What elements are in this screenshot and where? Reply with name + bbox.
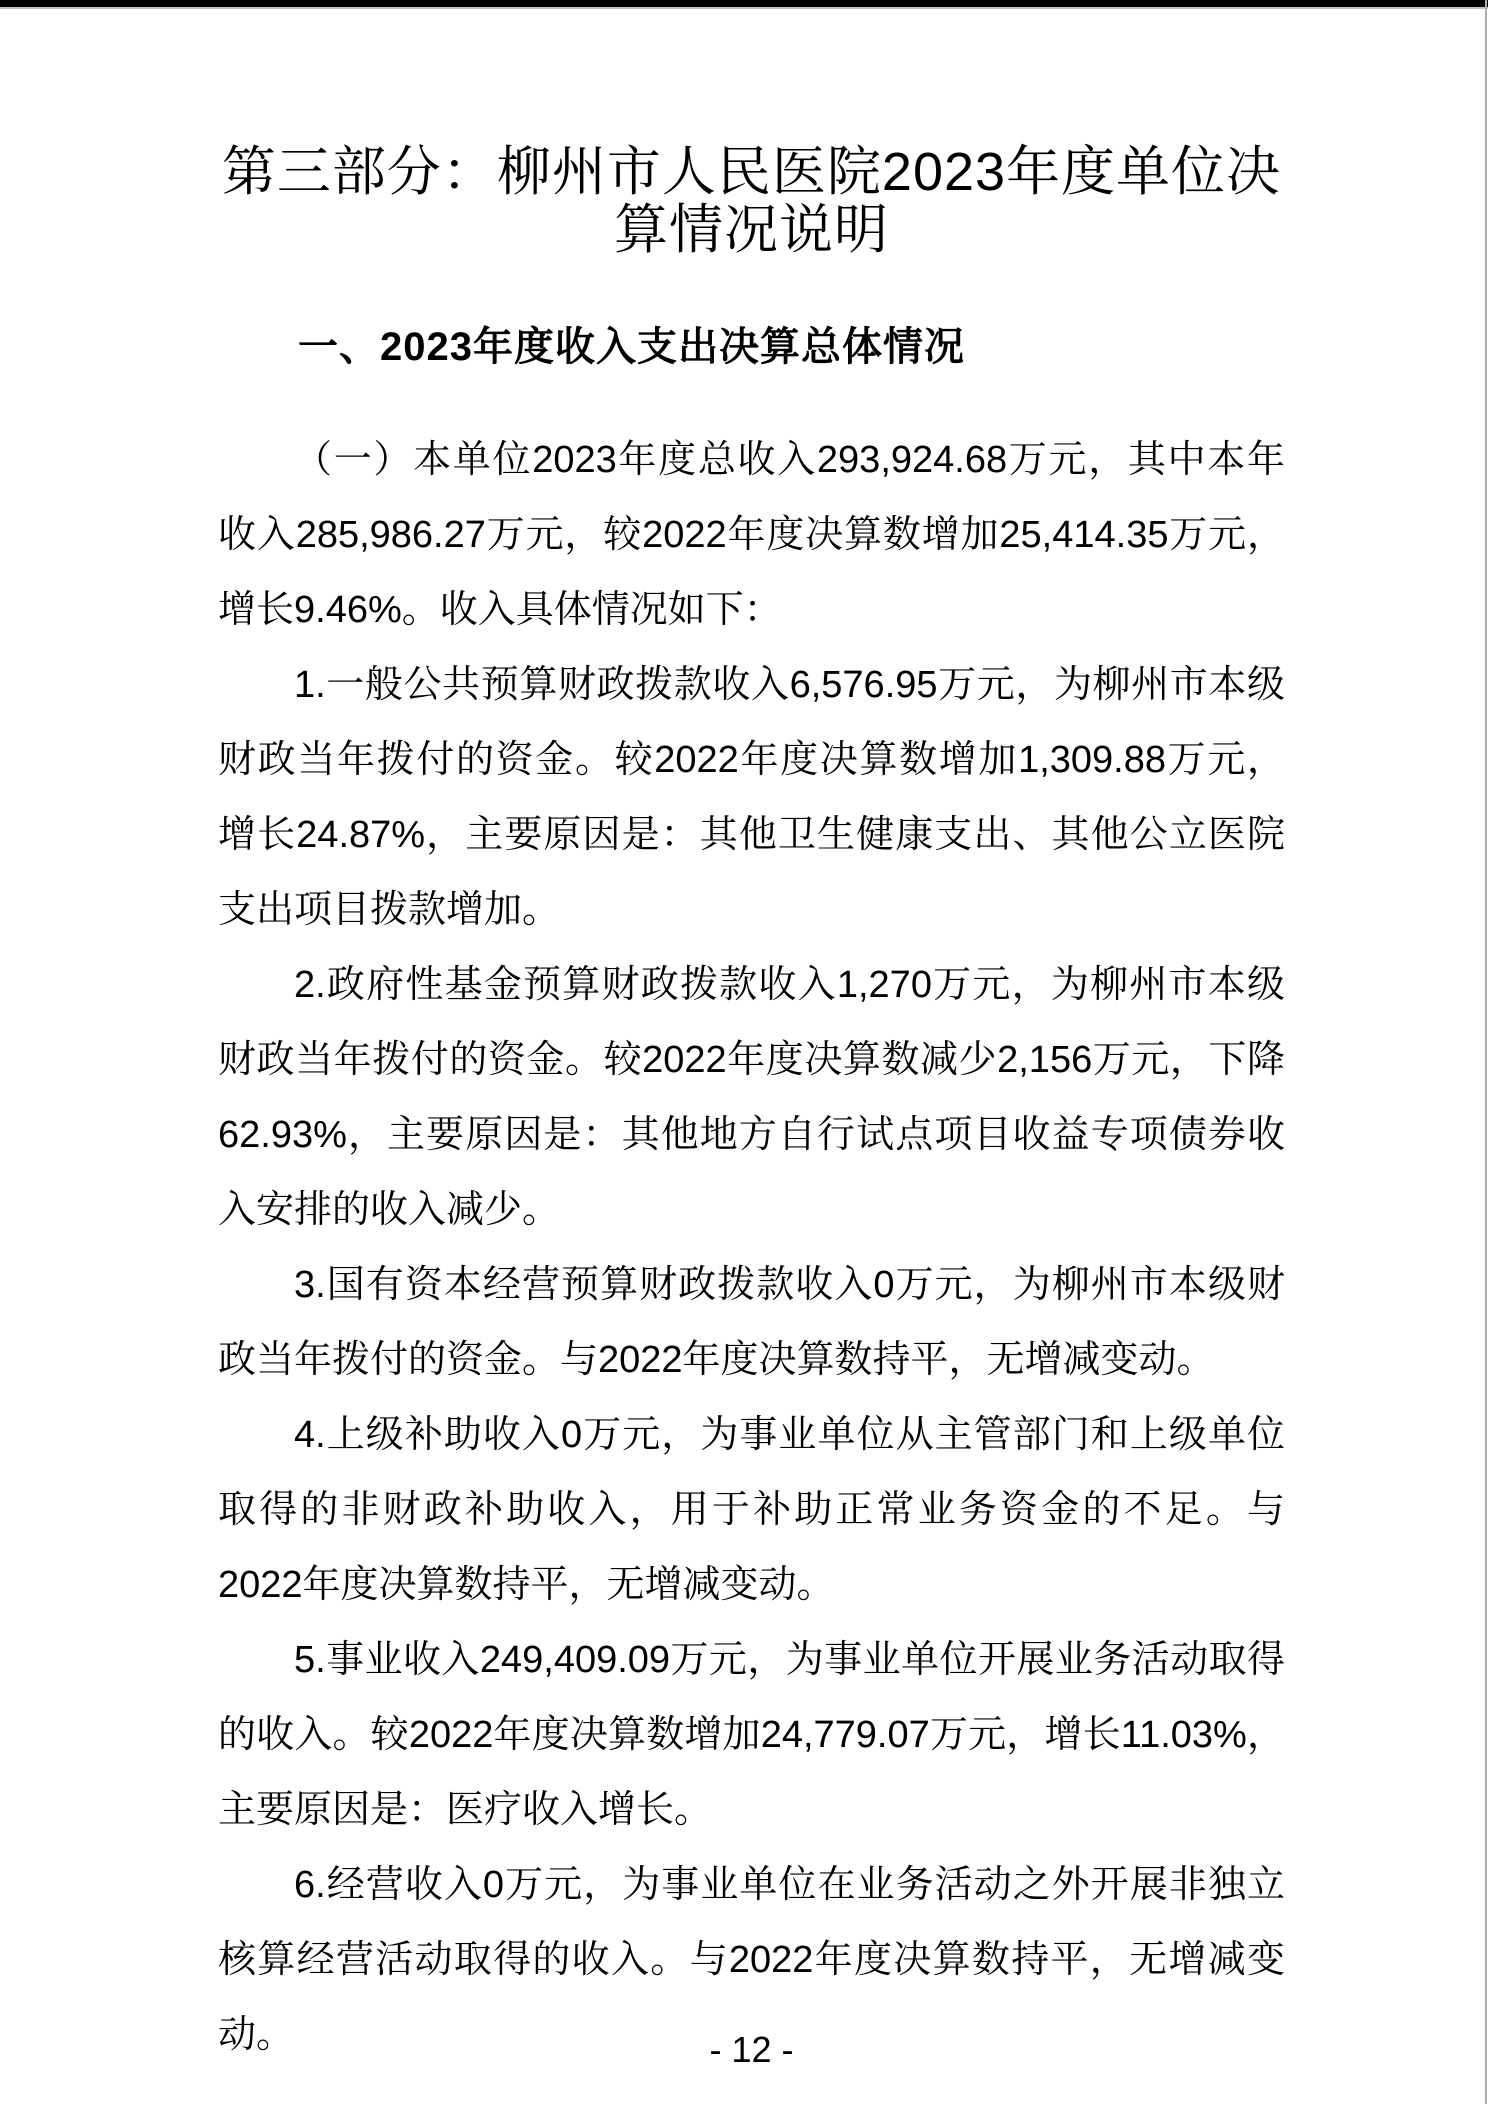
page-number: - 12 - bbox=[218, 2030, 1285, 2070]
paragraph-state-capital-budget-income: 3.国有资本经营预算财政拨款收入0万元，为柳州市本级财政当年拨付的资金。与202… bbox=[218, 1248, 1285, 1398]
paragraph-business-income: 5.事业收入249,409.09万元，为事业单位开展业务活动取得的收入。较202… bbox=[218, 1623, 1285, 1848]
document-title: 第三部分：柳州市人民医院2023年度单位决算情况说明 bbox=[218, 143, 1285, 259]
paragraph-general-public-budget-income: 1.一般公共预算财政拨款收入6,576.95万元，为柳州市本级财政当年拨付的资金… bbox=[218, 648, 1285, 948]
scan-top-edge bbox=[0, 0, 1488, 7]
scan-right-edge bbox=[1485, 0, 1487, 2104]
document-body: 第三部分：柳州市人民医院2023年度单位决算情况说明 一、2023年度收入支出决… bbox=[218, 143, 1285, 2073]
document-page: 第三部分：柳州市人民医院2023年度单位决算情况说明 一、2023年度收入支出决… bbox=[0, 0, 1488, 2104]
paragraph-superior-subsidy-income: 4.上级补助收入0万元，为事业单位从主管部门和上级单位取得的非财政补助收入，用于… bbox=[218, 1398, 1285, 1623]
paragraph-government-fund-budget-income: 2.政府性基金预算财政拨款收入1,270万元，为柳州市本级财政当年拨付的资金。较… bbox=[218, 948, 1285, 1248]
section-heading: 一、2023年度收入支出决算总体情况 bbox=[218, 325, 1285, 369]
paragraph-total-income-overview: （一）本单位2023年度总收入293,924.68万元，其中本年收入285,98… bbox=[218, 423, 1285, 648]
